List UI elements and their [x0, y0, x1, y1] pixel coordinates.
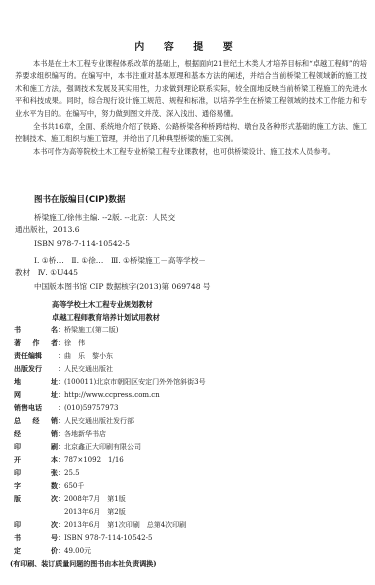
colophon-row: 著作者：徐 伟 — [14, 338, 85, 349]
colophon-label: 地址 — [14, 377, 58, 388]
colophon-value: http://www.ccpress.com.cn — [64, 390, 160, 401]
cip-heading: 图书在版编目(CIP)数据 — [34, 193, 125, 205]
colophon-value: 北京鑫正大印刷有限公司 — [64, 442, 141, 453]
colophon-value: 曲 乐 黎小东 — [64, 351, 113, 362]
colophon-label: 版次 — [14, 494, 58, 505]
colophon-row: 版次：2008年7月 第1版 — [14, 494, 126, 505]
colophon-label: 书名 — [14, 325, 58, 336]
cip-isbn: ISBN 978-7-114-10542-5 — [34, 238, 130, 250]
colophon-value: 787×1092 1/16 — [64, 455, 124, 466]
colophon-row: 销售电话：(010)59757973 — [14, 403, 118, 414]
colophon-label: 印刷 — [14, 442, 58, 453]
colophon-value: 650千 — [64, 481, 84, 492]
colophon-row: 网址：http://www.ccpress.com.cn — [14, 390, 160, 401]
colophon-row: 2013年6月 第2版 — [14, 507, 126, 518]
colophon-label: 字数 — [14, 481, 58, 492]
colophon-value: 25.5 — [64, 468, 80, 479]
colophon-value: 49.00元 — [64, 546, 91, 557]
colophon-value: 各地新华书店 — [64, 429, 106, 440]
colophon-value: 人民交通出版社 — [64, 364, 113, 375]
colophon-row: 地址：(100011)北京市朝阳区安定门外外馆斜街3号 — [14, 377, 206, 388]
colophon-row: 开本：787×1092 1/16 — [14, 455, 124, 466]
colophon-label: 出版发行 — [14, 364, 58, 375]
colophon-value: 人民交通出版社发行部 — [64, 416, 134, 427]
summary-title: 内 容 提 要 — [0, 38, 375, 53]
footer-note: (有印刷、装订质量问题的图书由本社负责调换) — [10, 559, 157, 569]
colophon-label: 总经销 — [14, 416, 58, 427]
colophon-label — [14, 507, 58, 518]
colophon-row: 印张：25.5 — [14, 468, 80, 479]
colophon-label: 网址 — [14, 390, 58, 401]
colophon-row: 总经销：人民交通出版社发行部 — [14, 416, 134, 427]
summary-paragraph-2: 全书共16章，全面、系统地介绍了铁路、公路桥梁各种桥跨结构、墩台及各种形式基础的… — [15, 121, 367, 146]
colophon-value: (010)59757973 — [64, 403, 118, 414]
colophon-label: 责任编辑 — [14, 351, 58, 362]
cip-classification-cont: 教材 Ⅳ. ①U445 — [15, 267, 78, 279]
cip-title-line: 桥梁施工/徐伟主编. --2版. --北京：人民交 — [34, 212, 175, 224]
colophon-row: 出版发行：人民交通出版社 — [14, 364, 113, 375]
colophon-value: 2013年6月 第2版 — [64, 507, 126, 518]
colophon-label: 销售电话 — [14, 403, 58, 414]
colophon-row: 定价：49.00元 — [14, 546, 91, 557]
colophon-row: 书名：桥梁施工(第二版) — [14, 325, 118, 336]
colophon-row: 印刷：北京鑫正大印刷有限公司 — [14, 442, 141, 453]
colophon-value: (100011)北京市朝阳区安定门外外馆斜街3号 — [64, 377, 206, 388]
colophon-label: 经销 — [14, 429, 58, 440]
colophon-value: 徐 伟 — [64, 338, 85, 349]
cip-record-number: 中国版本图书馆 CIP 数据核字(2013)第 069748 号 — [34, 281, 211, 293]
colophon-row: 印次：2013年6月 第1次印刷 总第4次印刷 — [14, 520, 186, 531]
colophon-label: 书号 — [14, 533, 58, 544]
colophon-value: 2013年6月 第1次印刷 总第4次印刷 — [64, 520, 186, 531]
series-name-1: 高等学校土木工程专业规划教材 — [52, 300, 153, 310]
colophon-label: 著作者 — [14, 338, 58, 349]
colophon-row: 书号：ISBN 978-7-114-10542-5 — [14, 533, 152, 544]
colophon-label: 开本 — [14, 455, 58, 466]
colophon-row: 经销：各地新华书店 — [14, 429, 106, 440]
colophon-label: 定价 — [14, 546, 58, 557]
colophon-label: 印次 — [14, 520, 58, 531]
colophon-value: 桥梁施工(第二版) — [64, 325, 118, 336]
colophon-value: ISBN 978-7-114-10542-5 — [64, 533, 152, 544]
colophon-row: 责任编辑：曲 乐 黎小东 — [14, 351, 113, 362]
colophon-label: 印张 — [14, 468, 58, 479]
series-name-2: 卓越工程师教育培养计划试用教材 — [52, 313, 160, 323]
summary-paragraph-1: 本书是在土木工程专业课程体系改革的基础上，根据面向21世纪土木类人才培养目标和“… — [15, 58, 367, 120]
colophon-value: 2008年7月 第1版 — [64, 494, 126, 505]
cip-title-line-cont: 通出版社，2013.6 — [15, 224, 80, 236]
cip-classification: Ⅰ. ①桥… Ⅱ. ①徐… Ⅲ. ①桥梁施工－高等学校－ — [34, 255, 206, 267]
summary-paragraph-3: 本书可作为高等院校土木工程专业桥梁工程专业课教材，也可供桥梁设计、施工技术人员参… — [15, 146, 367, 158]
colophon-row: 字数：650千 — [14, 481, 84, 492]
